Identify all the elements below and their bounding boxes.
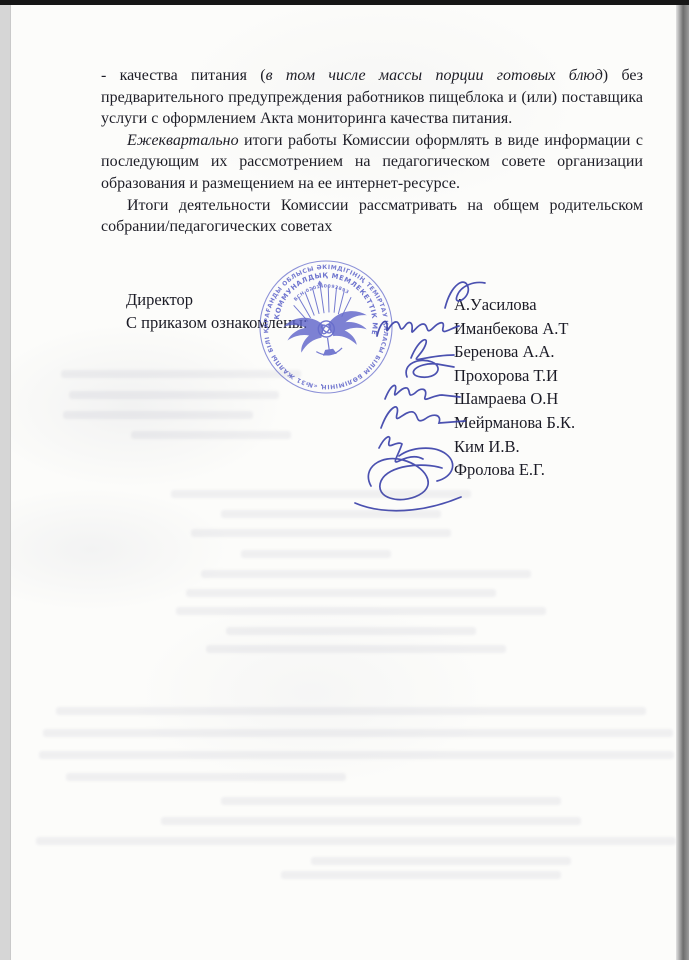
bleedthrough-line xyxy=(221,797,561,805)
bleedthrough-line xyxy=(206,645,506,653)
signatory-name: А.Уасилова xyxy=(454,293,664,317)
bleedthrough-line xyxy=(56,707,646,715)
signature-imanbekova xyxy=(377,321,459,336)
signature-berenova xyxy=(411,340,454,360)
bleedthrough-line xyxy=(241,550,391,558)
paragraph-food-quality: - качества питания (в том числе массы по… xyxy=(101,65,643,130)
bleedthrough-line xyxy=(176,607,546,615)
stamp-inner-ring-text: КОММУНАЛДЫҚ МЕМЛЕКЕТТІК МЕКЕМЕСІ xyxy=(267,265,381,350)
signatory-name: Беренова А.А. xyxy=(454,340,664,364)
bleedthrough-line xyxy=(191,529,451,537)
signature-prokhorova xyxy=(406,360,454,377)
paragraph-commission-results: Итоги деятельности Комиссии рассматриват… xyxy=(101,195,643,238)
para-italic-text: в том числе массы порции готовых блюд xyxy=(266,67,603,84)
bleedthrough-line xyxy=(131,431,291,439)
scan-edge-right xyxy=(676,5,689,960)
signature-kim xyxy=(379,437,423,462)
bleedthrough-line xyxy=(69,391,279,399)
bleedthrough-line xyxy=(221,510,441,518)
document-page: - качества питания (в том числе массы по… xyxy=(10,5,679,960)
bleedthrough-line xyxy=(66,773,346,781)
signatory-name: Иманбекова А.Т xyxy=(454,317,664,341)
acknowledged-label: С приказом ознакомлены: xyxy=(126,313,308,333)
director-label: Директор xyxy=(126,290,193,310)
bleedthrough-line xyxy=(311,857,571,865)
para-text: - качества питания ( xyxy=(101,67,266,84)
bleedthrough-line xyxy=(43,729,673,737)
signature-frolova xyxy=(355,448,461,511)
para-italic-text: Ежеквартально xyxy=(127,132,239,149)
signatory-name: Ким И.В. xyxy=(454,435,664,459)
scanned-document-screenshot: { "page": { "paragraphs": [ { "pre": "- … xyxy=(0,0,689,960)
bleedthrough-line xyxy=(36,837,676,845)
signatory-name: Мейрманова Б.К. xyxy=(454,411,664,435)
bleedthrough-line xyxy=(226,627,476,635)
paragraph-quarterly-report: Ежеквартально итоги работы Комиссии офор… xyxy=(101,130,643,195)
bleedthrough-line xyxy=(161,817,581,825)
bleedthrough-line xyxy=(39,751,674,759)
signature-meirmanova xyxy=(381,407,465,428)
signatory-name: Прохорова Т.И xyxy=(454,364,664,388)
bleedthrough-line xyxy=(61,370,301,378)
emblem-base-ornament xyxy=(315,336,343,356)
bleedthrough-line xyxy=(171,490,471,498)
bleedthrough-line xyxy=(201,570,531,578)
bleedthrough-line xyxy=(186,589,496,597)
scan-edge-left xyxy=(0,5,10,960)
document-body: - качества питания (в том числе массы по… xyxy=(101,65,643,238)
scan-edge-top xyxy=(0,0,689,5)
signatory-name: Шамраева О.Н xyxy=(454,387,664,411)
bleedthrough-line xyxy=(281,871,561,879)
bleedthrough-line xyxy=(63,411,253,419)
signatory-name: Фролова Е.Г. xyxy=(454,458,664,482)
emblem-shanyrak xyxy=(317,320,335,338)
stamp-bsn-text: БСН 020140093893 xyxy=(291,280,350,303)
para-text: Итоги деятельности Комиссии рассматриват… xyxy=(101,197,643,236)
signature-shamraeva xyxy=(385,385,460,399)
signatories-list: А.Уасилова Иманбекова А.Т Беренова А.А. … xyxy=(454,293,664,482)
